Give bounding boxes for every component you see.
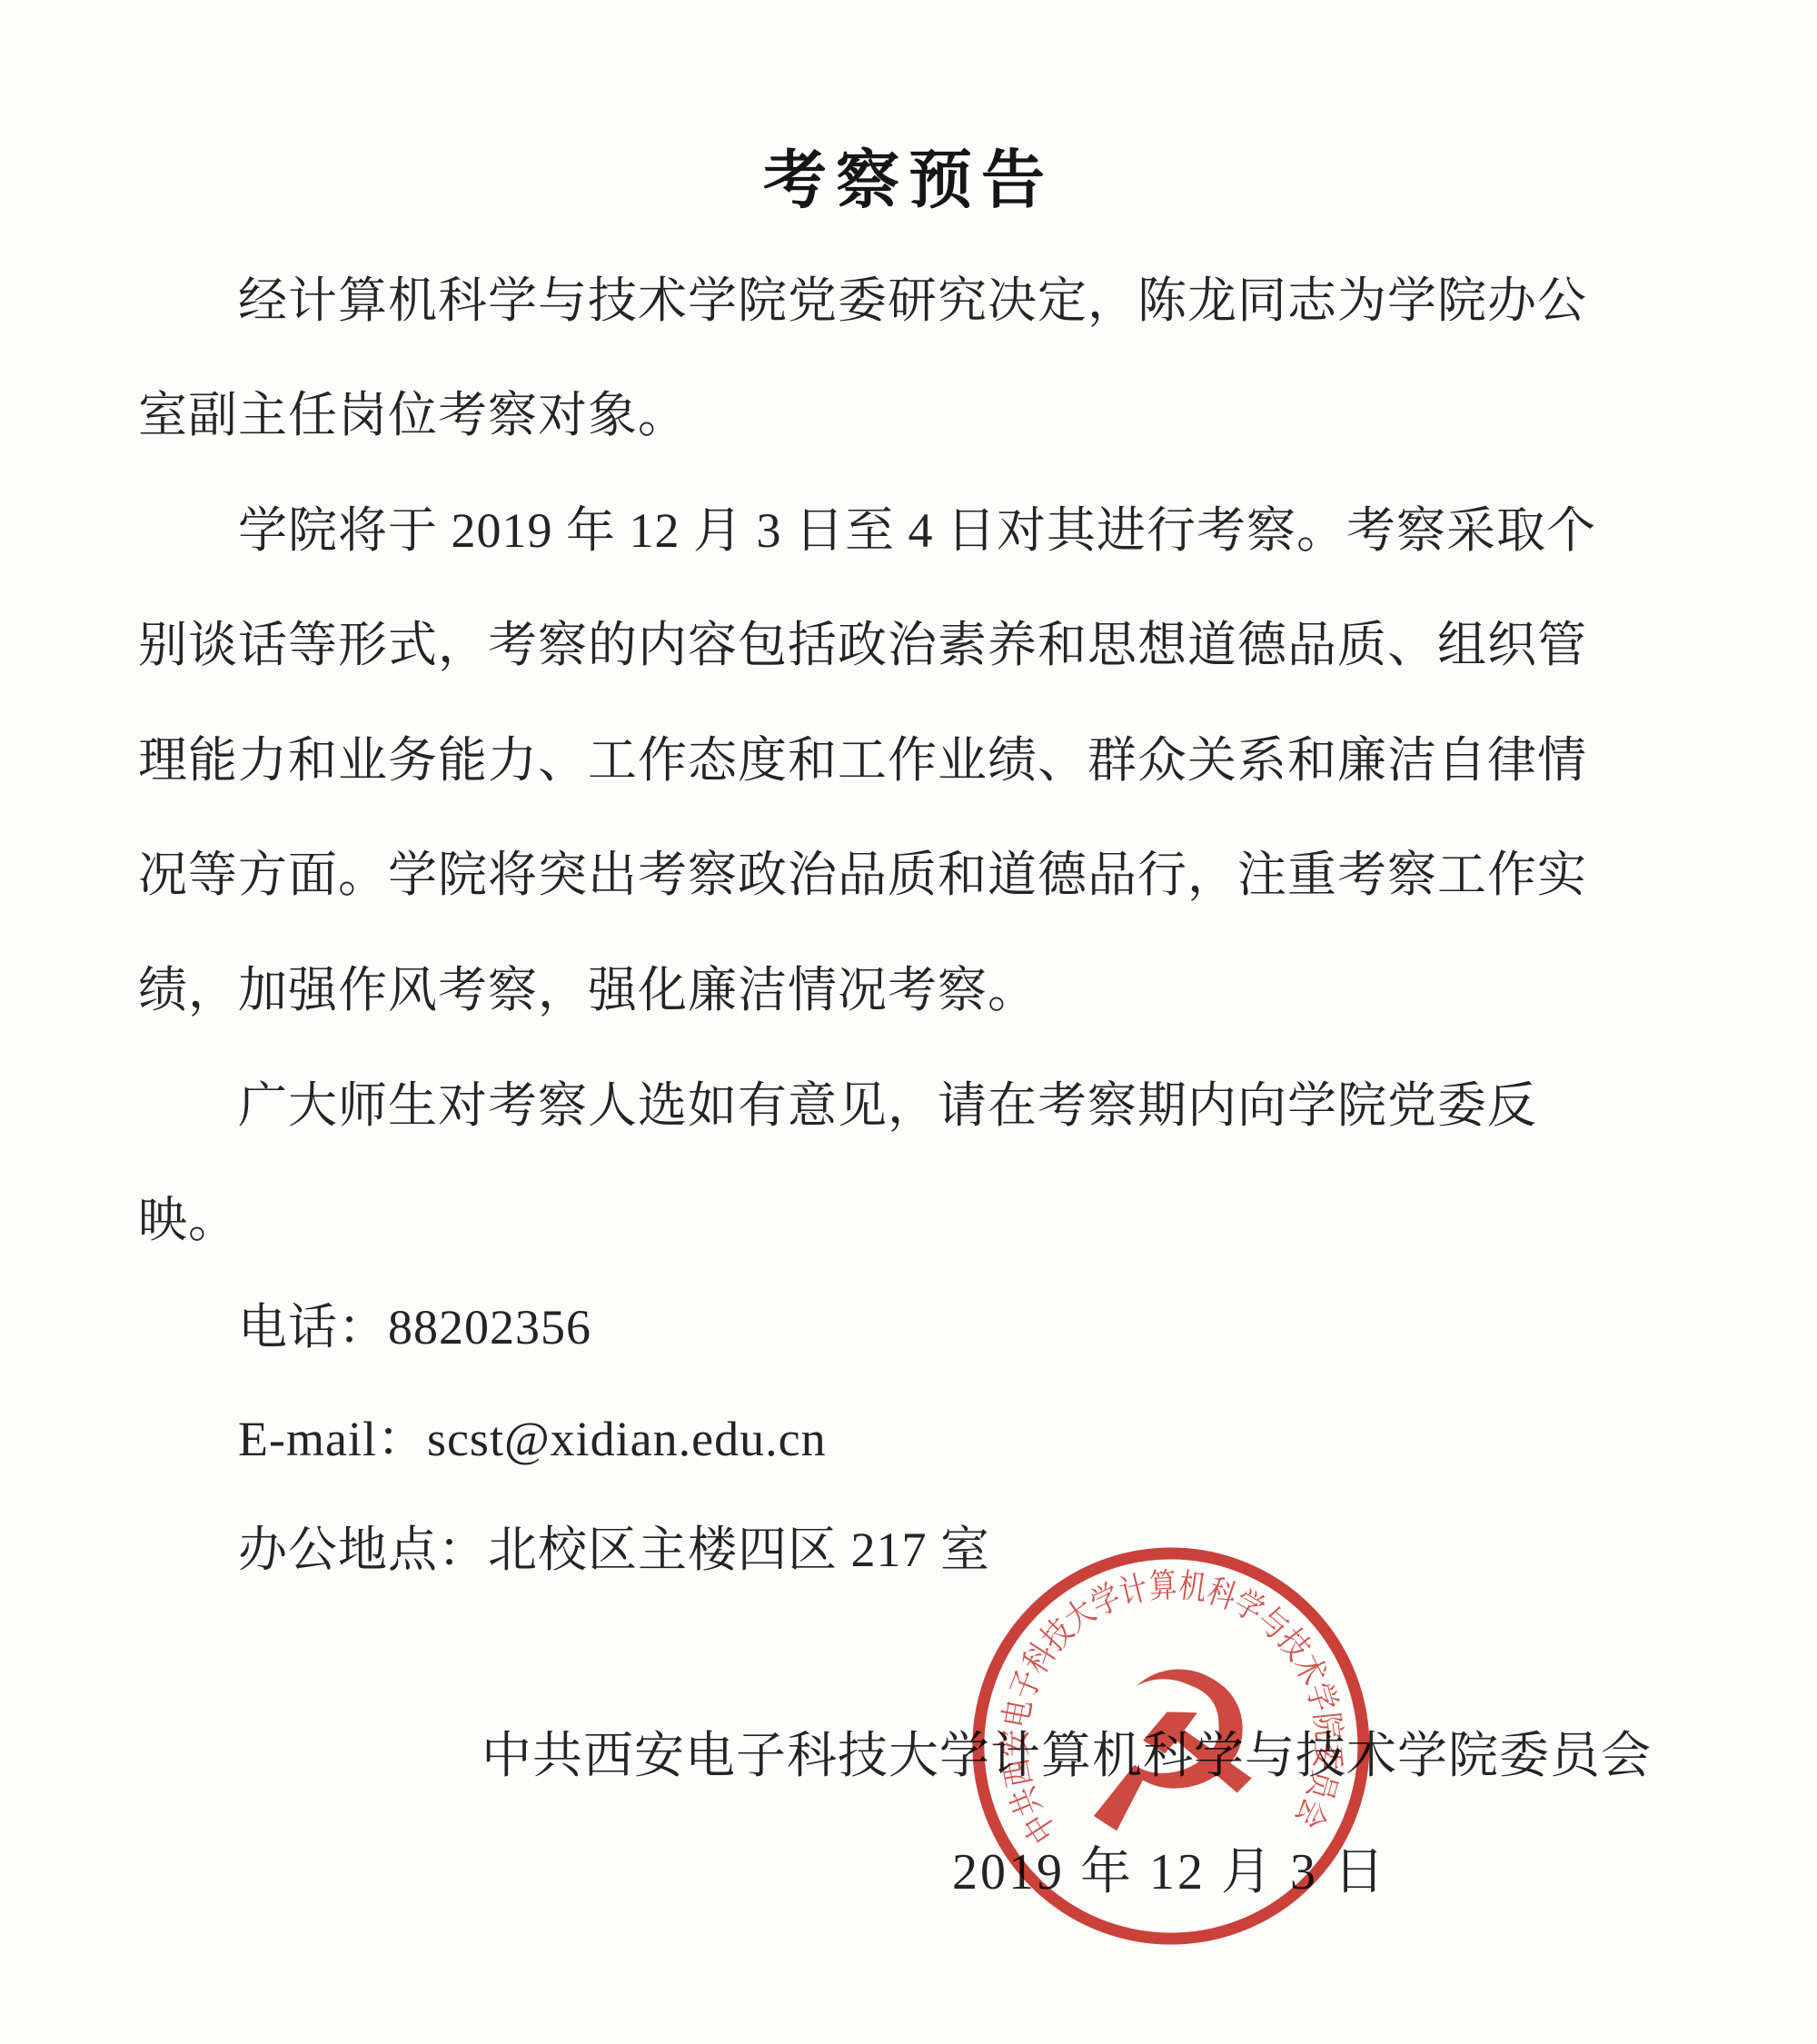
body-line-7: 绩，加强作风考察，强化廉洁情况考察。 [138,951,1038,1021]
phone-line: 电话：88202356 [238,1288,591,1358]
body-line-3: 学院将于 2019 年 12 月 3 日至 4 日对其进行考察。考察采取个 [238,491,1596,561]
body-line-9: 映。 [138,1181,238,1251]
document-page: 考察预告 经计算机科学与技术学院党委研究决定，陈龙同志为学院办公 室副主任岗位考… [0,0,1817,2044]
hammer-and-sickle-icon: ☭ [1069,1622,1274,1883]
body-line-5: 理能力和业务能力、工作态度和工作业绩、群众关系和廉洁自律情 [138,721,1587,791]
body-line-4: 别谈话等形式，考察的内容包括政治素养和思想道德品质、组织管 [138,606,1587,676]
document-title: 考察预告 [0,129,1817,221]
email-line: E-mail：scst@xidian.edu.cn [238,1400,827,1470]
body-line-8: 广大师生对考察人选如有意见，请在考察期内向学院党委反 [238,1067,1537,1136]
body-line-2: 室副主任岗位考察对象。 [138,376,688,446]
official-seal: 中共西安电子科技大学计算机科学与技术学院委员会 ☭ [958,1535,1386,1964]
body-line-6: 况等方面。学院将突出考察政治品质和道德品行，注重考察工作实 [138,836,1587,906]
body-line-1: 经计算机科学与技术学院党委研究决定，陈龙同志为学院办公 [238,262,1587,332]
office-location-line: 办公地点：北校区主楼四区 217 室 [238,1511,990,1581]
